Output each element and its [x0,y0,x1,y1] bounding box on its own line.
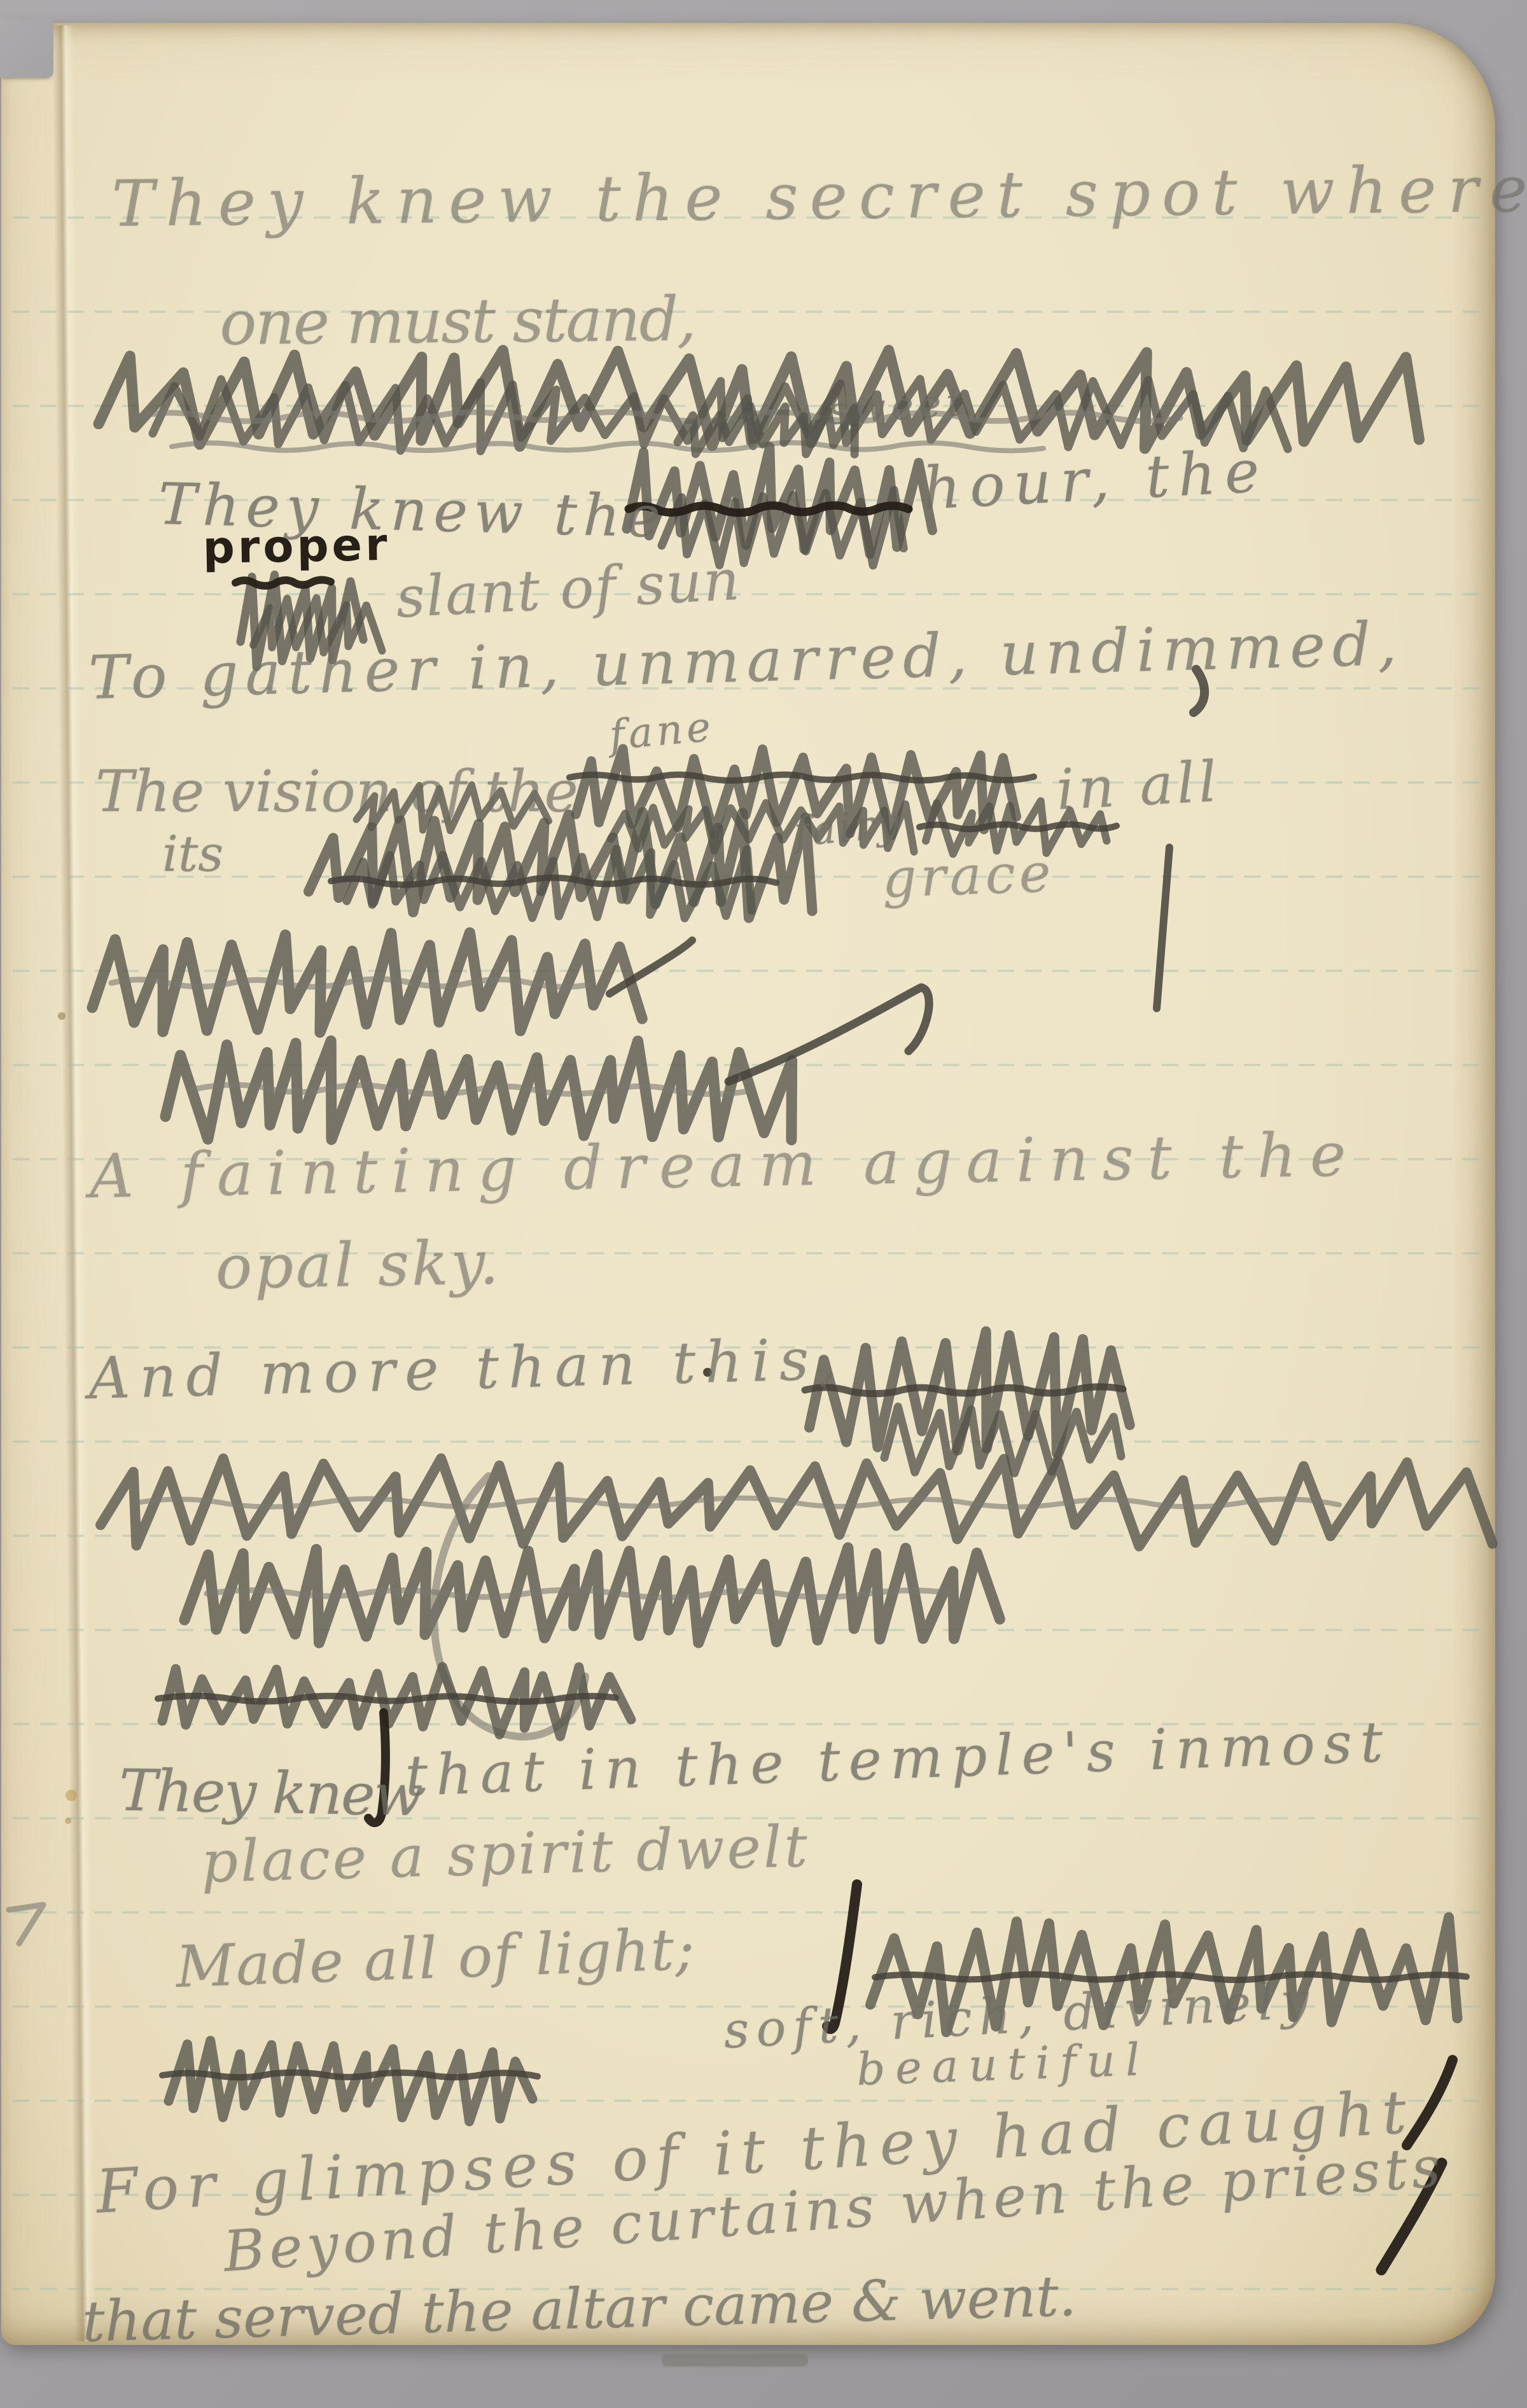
paper-fleck [66,1790,77,1801]
paper-fleck [65,1818,71,1824]
del-row-1 [172,443,1043,451]
handwritten-line-l12a: They knew [118,1757,422,1829]
del-word-after-fairy [919,825,1117,829]
del-row-4 [137,1498,1339,1507]
handwritten-line-l16: beautiful [856,2033,1151,2096]
handwritten-line-ins-proper: proper [202,518,391,574]
handwritten-line-l8: grace [881,842,1056,910]
handwritten-line-l2: one must stand, [220,283,695,359]
del-word-after-the-fane [569,775,1034,781]
notebook-page-scan: They knew the secret spot whereone must … [0,0,1527,2408]
handwritten-line-l6a: The vision of the [95,758,578,825]
del-row-bottom-left [169,2041,533,2122]
handwritten-line-l10: opal sky. [215,1228,502,1303]
handwritten-line-l1: They knew the secret spot where [111,152,1527,241]
del-row-3 [729,987,929,1082]
del-row-bottom-left [162,2073,538,2077]
handwritten-line-l6b: in all [1055,749,1222,823]
del-word-before-slant [235,580,331,585]
handwritten-line-l7a: its [162,826,223,883]
handwritten-line-ins-fane: fane [608,704,716,760]
paper-fleck [58,1012,66,1020]
slash-after-grace [1157,847,1169,1008]
left-margin-mark [9,1905,43,1944]
